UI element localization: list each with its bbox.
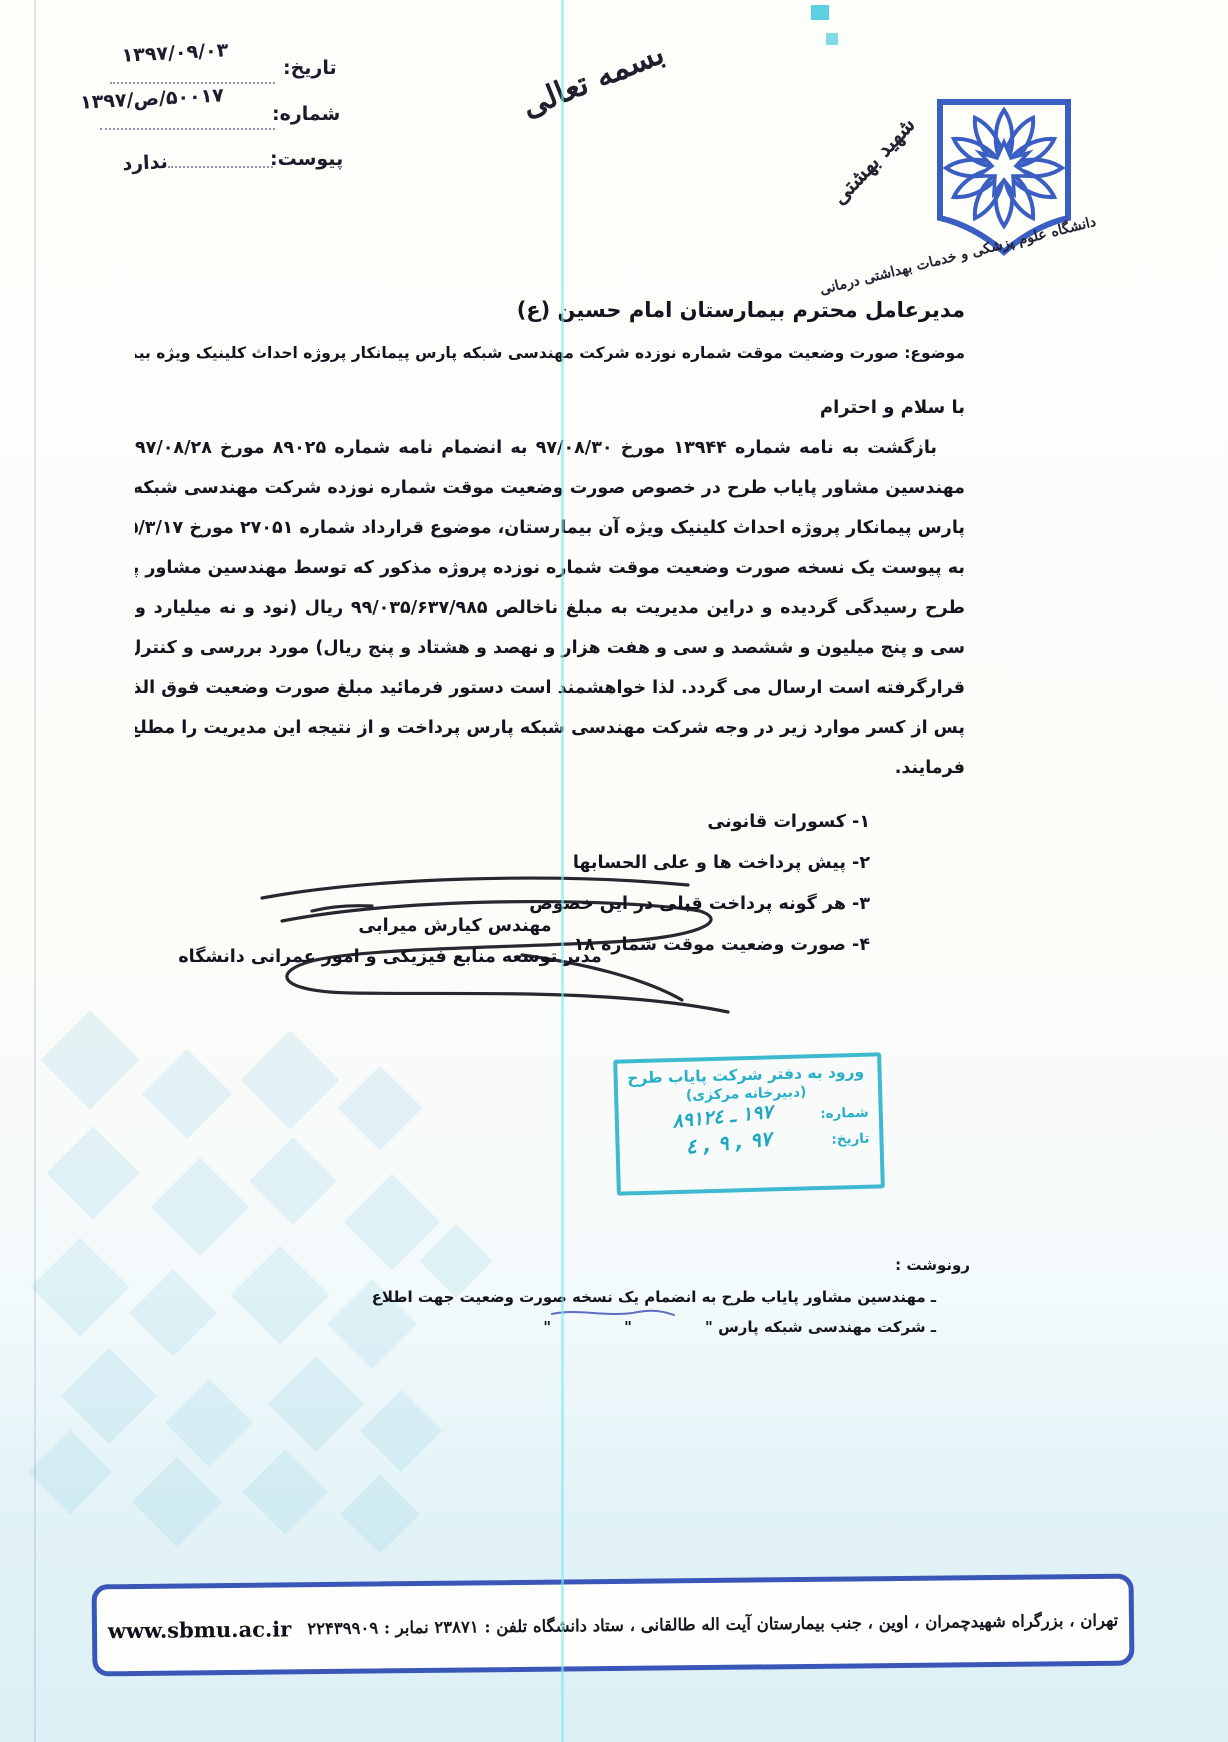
watermark-diamond bbox=[129, 1269, 217, 1357]
bismillah-calligraphy: بسمه تعالی bbox=[507, 31, 678, 128]
watermark-diamond bbox=[41, 1011, 140, 1110]
watermark-diamond bbox=[142, 1049, 233, 1140]
deduction-list-item: ۱- کسورات قانونی bbox=[529, 802, 870, 843]
letter-addressee: مدیرعامل محترم بیمارستان امام حسین (ع) bbox=[135, 298, 965, 322]
letterhead-attachment-line bbox=[168, 166, 273, 168]
letter-body-line: پارس پیمانکار پروژه احداث کلینیک ویژه آن… bbox=[135, 508, 965, 548]
watermark-diamond bbox=[419, 1224, 493, 1298]
deduction-list: ۱- کسورات قانونی۲- پیش پرداخت ها و علی ا… bbox=[529, 802, 870, 966]
stamp-date-label: تاریخ: bbox=[831, 1131, 870, 1148]
letter-body-line: طرح رسیدگی گردیده و دراین مدیریت به مبلغ… bbox=[135, 588, 965, 628]
watermark-diamond bbox=[249, 1137, 337, 1225]
footer-address-text: تهران ، بزرگراه شهیدچمران ، اوین ، جنب ب… bbox=[307, 1610, 1118, 1637]
letter-subject: موضوع: صورت وضعیت موقت شماره نوزده شرکت … bbox=[135, 344, 965, 362]
watermark-diamond bbox=[151, 1158, 250, 1257]
letter-body-line: قرارگرفته است ارسال می گردد. لذا خواهشمن… bbox=[135, 668, 965, 708]
cc-item-2: ـ شرکت مهندسی شبکه پارس " " " bbox=[276, 1318, 936, 1336]
letter-salutation: با سلام و احترام bbox=[135, 397, 965, 418]
watermark-diamond bbox=[28, 1430, 113, 1515]
letter-body-line: مهندسین مشاور پایاب طرح در خصوص صورت وضع… bbox=[135, 468, 965, 508]
letterhead-date-label: تاریخ: bbox=[283, 57, 337, 79]
watermark-diamond bbox=[46, 1126, 139, 1219]
scan-edge-line bbox=[34, 0, 36, 1742]
scan-corner-mark bbox=[811, 5, 829, 20]
watermark-diamond bbox=[268, 1356, 364, 1452]
letter-body-line: فرمایند. bbox=[135, 748, 965, 788]
letterhead-date-line bbox=[110, 82, 275, 84]
deduction-list-item: ۲- پیش پرداخت ها و علی الحسابها bbox=[529, 843, 870, 884]
signer-title: مدیر توسعه منابع فیزیکی و امور عمرانی دا… bbox=[170, 947, 610, 967]
letterhead-attachment-label: پیوست: bbox=[270, 148, 343, 170]
scanned-letter-page: { "letterhead": { "date_label": "تاریخ:"… bbox=[0, 0, 1228, 1742]
letter-body-line: بازگشت به نامه شماره ۱۳۹۴۴ مورخ ۹۷/۰۸/۳۰… bbox=[135, 428, 965, 468]
letterhead-number-value: ۵۰۰۱۷/ص/۱۳۹۷ bbox=[62, 83, 243, 114]
watermark-diamond bbox=[132, 1457, 223, 1548]
letter-body-line: سی و پنج میلیون و ششصد و سی و هفت هزار و… bbox=[135, 628, 965, 668]
letter-body-line: به پیوست یک نسخه صورت وضعیت موقت شماره ن… bbox=[135, 548, 965, 588]
cc-item-1: ـ مهندسین مشاور پایاب طرح به انضمام یک ن… bbox=[276, 1288, 936, 1306]
signer-name: مهندس کیارش میرابی bbox=[300, 916, 610, 936]
watermark-diamond bbox=[61, 1348, 157, 1444]
entry-stamp: ورود به دفتر شرکت پایاب طرح (دبیرخانه مر… bbox=[613, 1052, 885, 1195]
scan-corner-mark bbox=[826, 33, 838, 45]
watermark-diamond bbox=[360, 1390, 442, 1472]
cc-label: رونوشت : bbox=[895, 1256, 970, 1274]
watermark-diamond bbox=[243, 1450, 328, 1535]
watermark-diamond bbox=[31, 1238, 130, 1337]
footer-website: www.sbmu.ac.ir bbox=[108, 1616, 292, 1643]
letterhead-date-value: ۱۳۹۷/۰۹/۰۳ bbox=[100, 38, 251, 68]
letter-body-paragraph: بازگشت به نامه شماره ۱۳۹۴۴ مورخ ۹۷/۰۸/۳۰… bbox=[135, 428, 965, 788]
cc-ditto-marks: " " " bbox=[543, 1318, 713, 1336]
watermark-diamond bbox=[338, 1066, 423, 1151]
letterhead-number-line bbox=[100, 128, 275, 130]
pen-underline-squiggle bbox=[548, 1306, 678, 1320]
letterhead-attachment-value: ندارد bbox=[114, 150, 175, 175]
watermark-diamond bbox=[340, 1474, 419, 1553]
letter-body-line: پس از کسر موارد زیر در وجه شرکت مهندسی ش… bbox=[135, 708, 965, 748]
footer-address-bar: تهران ، بزرگراه شهیدچمران ، اوین ، جنب ب… bbox=[92, 1574, 1135, 1677]
letterhead-number-label: شماره: bbox=[272, 103, 340, 125]
watermark-diamond bbox=[241, 1031, 340, 1130]
stamp-number-row: شماره: ١٩٧ ـ ٨٩١٢٤ bbox=[625, 1102, 870, 1131]
cc-item-2-text: ـ شرکت مهندسی شبکه پارس bbox=[718, 1318, 936, 1336]
watermark-diamond bbox=[165, 1379, 253, 1467]
stamp-number-label: شماره: bbox=[820, 1105, 869, 1122]
university-logo: شهید بهشتی دانشگاه علوم پزشکی و خدمات به… bbox=[790, 70, 1130, 320]
